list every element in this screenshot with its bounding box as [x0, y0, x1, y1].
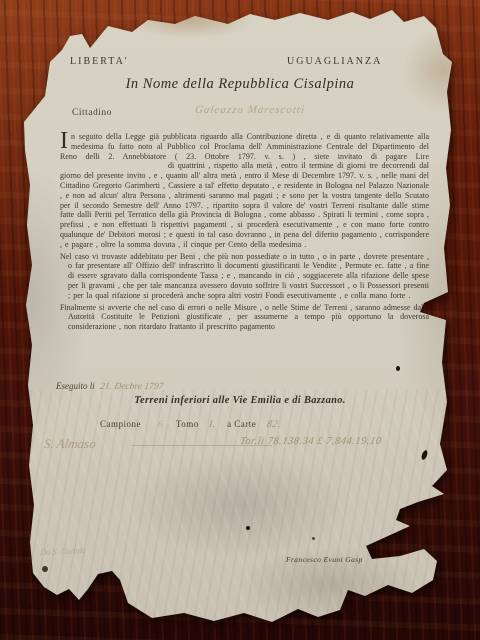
addressee-handwritten-name: Galeazzo Marescotti: [194, 104, 306, 116]
tomo-label: Tomo: [176, 419, 199, 429]
paragraph-1: In seguito della Legge già pubblicata ri…: [60, 132, 429, 250]
campione-handwritten-value: 6: [157, 419, 164, 430]
section-title: Terreni inferiori alle Vie Emilia e di B…: [40, 395, 440, 406]
paper-fleck: [42, 566, 48, 572]
paper-fleck: [420, 449, 428, 460]
paragraph-3: Finalmente si avverte che nel caso di er…: [68, 303, 429, 332]
photograph-of-document: LIBERTA' UGUAGLIANZA In Nome della Repub…: [0, 0, 480, 640]
faded-handwritten-note: Da S. Cattale: [40, 545, 87, 557]
paper-fleck: [246, 526, 250, 530]
paper-shadow: LIBERTA' UGUAGLIANZA In Nome della Repub…: [0, 0, 480, 640]
execution-handwritten-date: 21. Decbre 1797: [99, 382, 164, 392]
paper-fleck: [312, 537, 315, 540]
addressee-label: Cittadino: [72, 108, 112, 118]
carte-label: a Carte: [227, 419, 256, 429]
tomo-handwritten-value: I.: [209, 419, 217, 430]
execution-line: Eseguito li 21. Decbre 1797: [56, 381, 163, 392]
figures-handwritten: Tor.li 78.138.34 £ 7,844.19.10: [239, 436, 382, 447]
campione-label: Campione: [100, 419, 141, 429]
motto-liberta: LIBERTA': [70, 56, 129, 67]
document-title: In Nome della Repubblica Cisalpina: [40, 76, 440, 93]
register-line: Campione 6 Tomo I. a Carte 82.: [100, 419, 281, 430]
paragraph-2: Nel caso vi trovaste addebitato per Beni…: [68, 252, 429, 301]
carte-handwritten-value: 82.: [266, 419, 282, 430]
place-handwritten: S. Almaso: [43, 436, 97, 452]
motto-uguaglianza: UGUAGLIANZA: [287, 56, 382, 67]
paragraph-1-after-blank: di quattrini , rispetto alla metà , entr…: [60, 161, 429, 248]
paragraph-1-before-blank: n seguito della Legge già pubblicata rig…: [60, 132, 429, 161]
printed-signature: Francesco Evani Gasp: [286, 555, 363, 564]
drop-cap: I: [60, 132, 71, 151]
body-text: In seguito della Legge già pubblicata ri…: [60, 132, 429, 334]
execution-printed-label: Eseguito li: [56, 381, 95, 391]
paper-fleck: [396, 366, 400, 371]
torn-paper-sheet: LIBERTA' UGUAGLIANZA In Nome della Repub…: [0, 0, 480, 640]
